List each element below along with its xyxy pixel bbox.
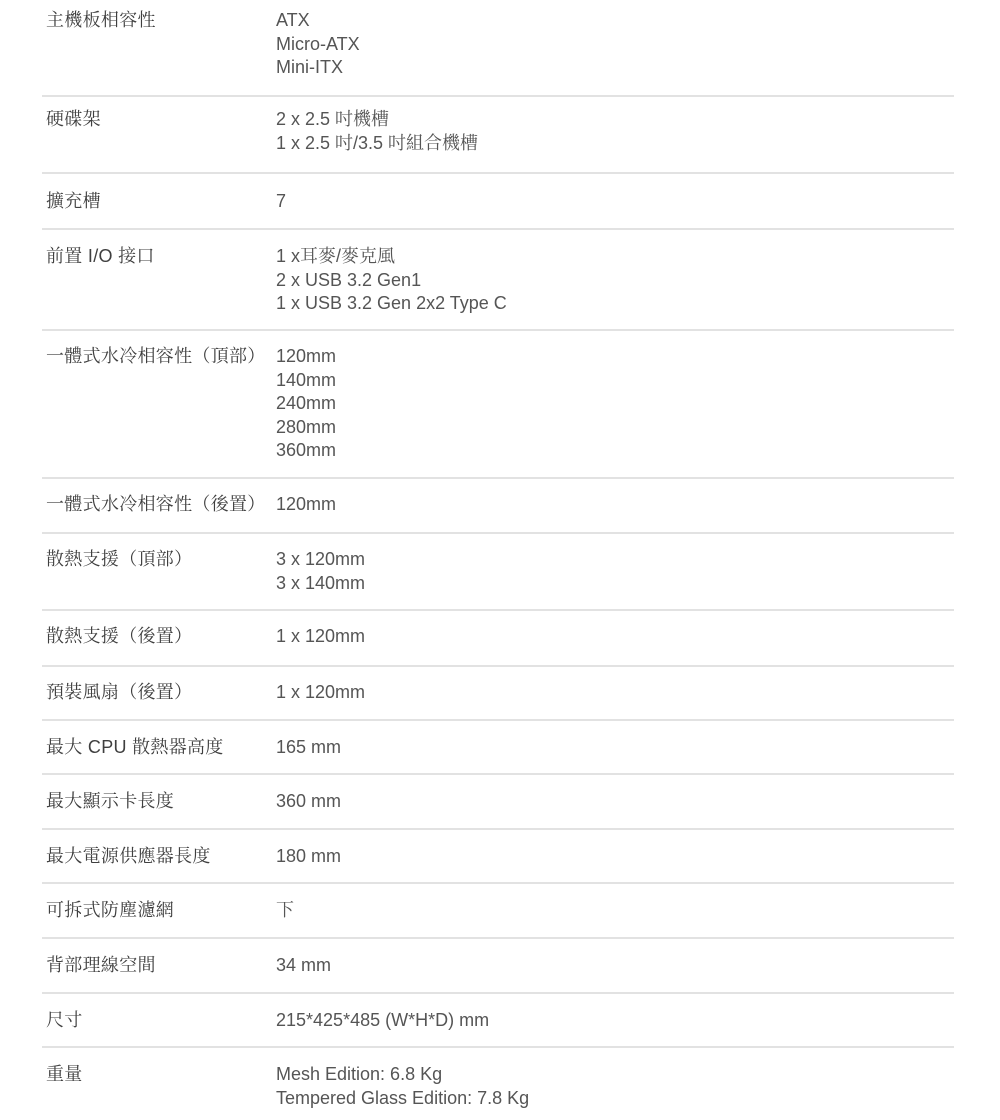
spec-row-cooling-rear: 散熱支援（後置） 1 x 120mm: [42, 611, 954, 667]
spec-value: 215*425*485 (W*H*D) mm: [276, 1009, 954, 1033]
spec-value: 3 x 140mm: [276, 572, 954, 596]
spec-label: 可拆式防塵濾網: [42, 899, 276, 923]
spec-value: 180 mm: [276, 845, 954, 869]
spec-value: 2 x USB 3.2 Gen1: [276, 269, 954, 293]
spec-values: 1 x耳麥/麥克風 2 x USB 3.2 Gen1 1 x USB 3.2 G…: [276, 245, 954, 316]
spec-label: 散熱支援（後置）: [42, 625, 276, 649]
spec-values: 180 mm: [276, 845, 954, 869]
spec-values: 120mm 140mm 240mm 280mm 360mm: [276, 345, 954, 463]
spec-label: 散熱支援（頂部）: [42, 548, 276, 572]
spec-value: Mesh Edition: 6.8 Kg: [276, 1063, 954, 1087]
spec-row-preinstalled-fan: 預裝風扇（後置） 1 x 120mm: [42, 667, 954, 721]
spec-value: 360 mm: [276, 790, 954, 814]
spec-row-weight: 重量 Mesh Edition: 6.8 Kg Tempered Glass E…: [42, 1048, 954, 1120]
spec-value: 1 x 120mm: [276, 625, 954, 649]
spec-value: ATX: [276, 9, 954, 33]
spec-value: 1 x耳麥/麥克風: [276, 245, 954, 269]
spec-label: 最大 CPU 散熱器高度: [42, 736, 276, 760]
spec-value: 1 x 2.5 吋/3.5 吋組合機槽: [276, 132, 954, 156]
spec-table: 主機板相容性 ATX Micro-ATX Mini-ITX 硬碟架 2 x 2.…: [42, 0, 954, 1120]
spec-value: 280mm: [276, 416, 954, 440]
spec-values: 34 mm: [276, 954, 954, 978]
spec-value: Mini-ITX: [276, 56, 954, 80]
spec-row-cooling-top: 散熱支援（頂部） 3 x 120mm 3 x 140mm: [42, 534, 954, 611]
spec-value: 7: [276, 190, 954, 214]
spec-row-gpu-length: 最大顯示卡長度 360 mm: [42, 775, 954, 830]
spec-values: 120mm: [276, 493, 954, 517]
spec-row-motherboard: 主機板相容性 ATX Micro-ATX Mini-ITX: [42, 0, 954, 97]
spec-row-cpu-cooler-height: 最大 CPU 散熱器高度 165 mm: [42, 721, 954, 775]
spec-values: 下: [276, 899, 954, 923]
spec-value: 120mm: [276, 493, 954, 517]
spec-values: 2 x 2.5 吋機槽 1 x 2.5 吋/3.5 吋組合機槽: [276, 108, 954, 155]
spec-value: 1 x USB 3.2 Gen 2x2 Type C: [276, 292, 954, 316]
spec-value: 240mm: [276, 392, 954, 416]
spec-row-aio-top: 一體式水冷相容性（頂部） 120mm 140mm 240mm 280mm 360…: [42, 331, 954, 479]
spec-label: 主機板相容性: [42, 9, 276, 33]
spec-value: 34 mm: [276, 954, 954, 978]
spec-values: 215*425*485 (W*H*D) mm: [276, 1009, 954, 1033]
spec-label: 前置 I/O 接口: [42, 245, 276, 269]
spec-label: 重量: [42, 1063, 276, 1087]
spec-value: 3 x 120mm: [276, 548, 954, 572]
spec-values: 165 mm: [276, 736, 954, 760]
spec-row-cable-management: 背部理線空間 34 mm: [42, 939, 954, 994]
spec-label: 預裝風扇（後置）: [42, 681, 276, 705]
spec-label: 硬碟架: [42, 108, 276, 132]
spec-values: 1 x 120mm: [276, 681, 954, 705]
spec-label: 背部理線空間: [42, 954, 276, 978]
spec-value: Micro-ATX: [276, 33, 954, 57]
spec-value: Tempered Glass Edition: 7.8 Kg: [276, 1087, 954, 1111]
spec-label: 最大電源供應器長度: [42, 845, 276, 869]
spec-label: 一體式水冷相容性（後置）: [42, 493, 276, 517]
spec-row-aio-rear: 一體式水冷相容性（後置） 120mm: [42, 479, 954, 534]
spec-value: 140mm: [276, 369, 954, 393]
spec-label: 一體式水冷相容性（頂部）: [42, 345, 276, 369]
spec-value: 下: [276, 899, 954, 923]
spec-row-psu-length: 最大電源供應器長度 180 mm: [42, 830, 954, 884]
spec-label: 擴充槽: [42, 190, 276, 214]
spec-row-drive-bays: 硬碟架 2 x 2.5 吋機槽 1 x 2.5 吋/3.5 吋組合機槽: [42, 97, 954, 174]
spec-values: 360 mm: [276, 790, 954, 814]
spec-row-front-io: 前置 I/O 接口 1 x耳麥/麥克風 2 x USB 3.2 Gen1 1 x…: [42, 230, 954, 331]
spec-value: 165 mm: [276, 736, 954, 760]
spec-label: 最大顯示卡長度: [42, 790, 276, 814]
spec-row-dust-filter: 可拆式防塵濾網 下: [42, 884, 954, 939]
spec-values: ATX Micro-ATX Mini-ITX: [276, 9, 954, 80]
spec-values: 7: [276, 190, 954, 214]
spec-values: 1 x 120mm: [276, 625, 954, 649]
spec-value: 2 x 2.5 吋機槽: [276, 108, 954, 132]
spec-row-expansion-slots: 擴充槽 7: [42, 174, 954, 230]
spec-values: 3 x 120mm 3 x 140mm: [276, 548, 954, 595]
spec-value: 1 x 120mm: [276, 681, 954, 705]
spec-values: Mesh Edition: 6.8 Kg Tempered Glass Edit…: [276, 1063, 954, 1110]
spec-value: 120mm: [276, 345, 954, 369]
spec-value: 360mm: [276, 439, 954, 463]
spec-row-dimensions: 尺寸 215*425*485 (W*H*D) mm: [42, 994, 954, 1048]
spec-label: 尺寸: [42, 1009, 276, 1033]
